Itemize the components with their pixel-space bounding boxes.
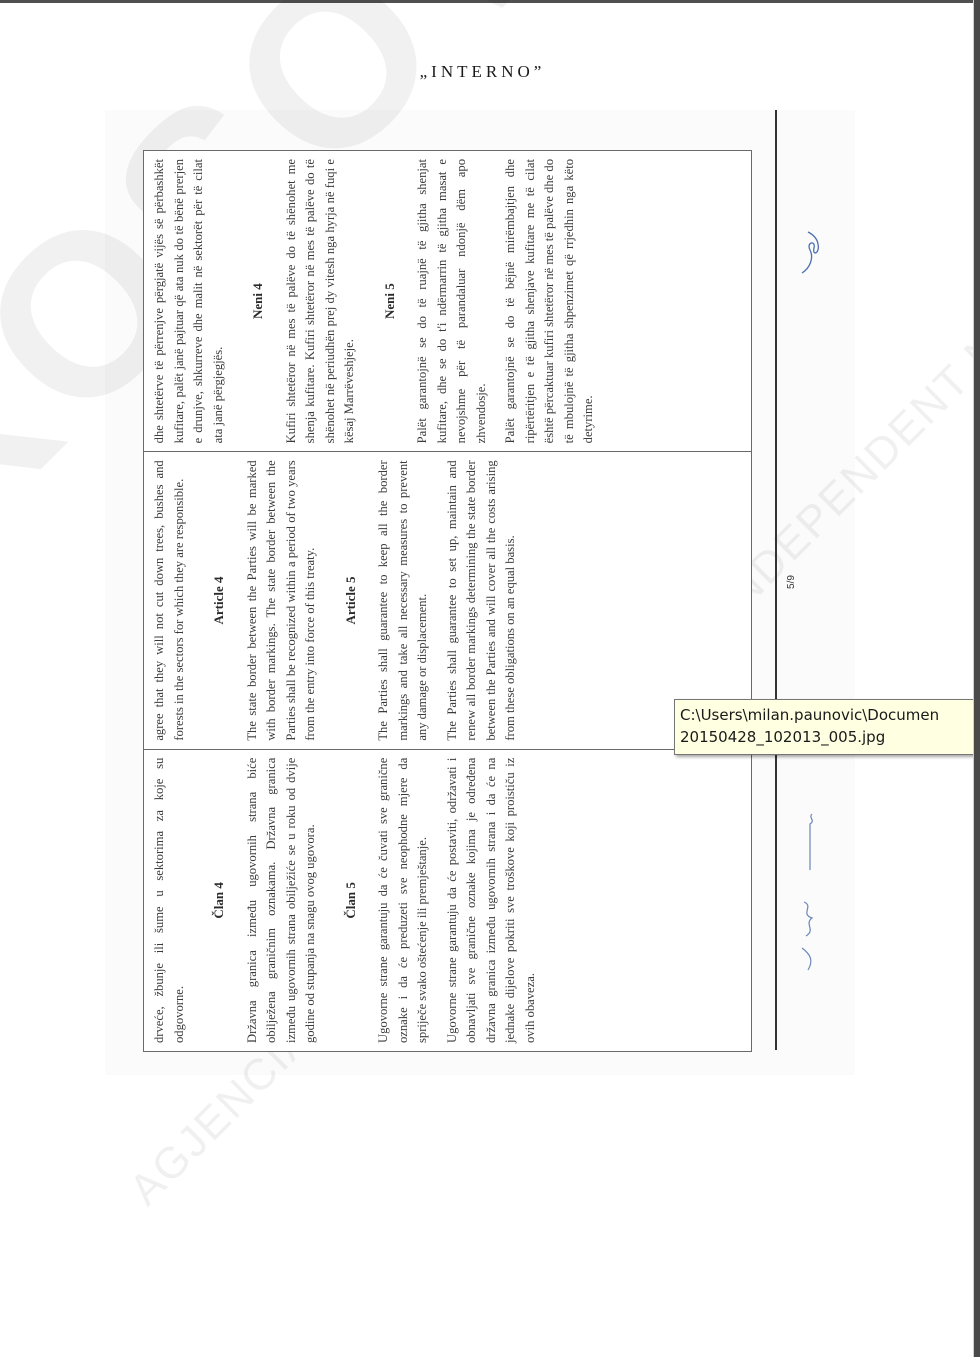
english-article4-title: Article 4 [209, 460, 229, 740]
page-footer-rule [775, 110, 777, 1050]
english-article4-text: The state border between the Parties wil… [243, 460, 321, 740]
english-article5-paragraph2: The Parties shall guarantee to set up, m… [443, 460, 521, 740]
english-article5-paragraph1: The Parties shall guarantee to keep all … [374, 460, 433, 740]
serbian-article4-text: Državna granica između ugovornih strana … [243, 758, 321, 1043]
column-serbian: drveće, žbunje ili šume u sektorima za k… [144, 750, 751, 1051]
english-article5-title: Article 5 [341, 460, 361, 740]
albanian-article4-title: Neni 4 [248, 159, 268, 443]
serbian-article5-paragraph2: Ugovorne strane garantuju da će postavit… [443, 758, 541, 1043]
serbian-article5-paragraph1: Ugovorne strane garantuju da će čuvati s… [374, 758, 433, 1043]
document-header-interno: „INTERNO” [0, 62, 965, 82]
albanian-article5-title: Neni 5 [380, 159, 400, 443]
tooltip-path-line: C:\Users\milan.paunovic\Documen [680, 704, 980, 726]
albanian-article5-paragraph2: Palët garantojnë se do të bëjnë mirëmbaj… [501, 159, 599, 443]
file-path-tooltip: C:\Users\milan.paunovic\Documen 20150428… [674, 699, 980, 755]
serbian-article5-title: Član 5 [341, 758, 361, 1043]
page-number: 5/9 [780, 567, 804, 597]
window-top-border [0, 0, 980, 3]
treaty-table: drveće, žbunje ili šume u sektorima za k… [143, 150, 752, 1052]
english-continuation: agree that they will not cut down trees,… [150, 460, 189, 740]
serbian-continuation: drveće, žbunje ili šume u sektorima za k… [150, 758, 189, 1043]
signature-initials-icon [790, 228, 830, 278]
albanian-article4-text: Kufiri shtetëror në mes të palëve do të … [282, 159, 360, 443]
column-albanian: dhe shtetërve të përrenjve përgjatë vijë… [144, 151, 751, 452]
window-right-border [973, 0, 980, 1357]
serbian-article4-title: Član 4 [209, 758, 229, 1043]
column-english: agree that they will not cut down trees,… [144, 452, 751, 749]
albanian-article5-paragraph1: Palët garantojnë se do të ruajnë të gjit… [413, 159, 491, 443]
signature-scrawl-icon [790, 810, 830, 980]
tooltip-filename-line: 20150428_102013_005.jpg [680, 726, 980, 748]
albanian-continuation: dhe shtetërve të përrenjve përgjatë vijë… [150, 159, 228, 443]
